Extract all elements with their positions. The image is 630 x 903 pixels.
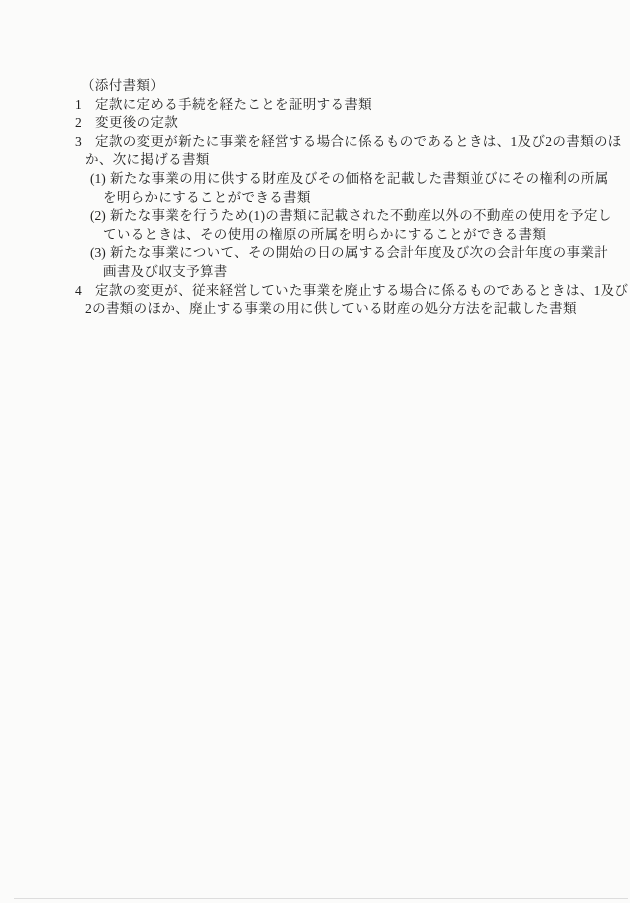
- item-3-text-line-2: か、次に掲げる書類: [0, 151, 630, 170]
- sub-item-3-text-line-2: 画書及び収支予算書: [0, 263, 630, 282]
- sub-item-3: (3) 新たな事業について、その開始の日の属する会計年度及び次の会計年度の事業計: [0, 244, 630, 263]
- sub-item-2-text-line-1: 新たな事業を行うため(1)の書類に記載された不動産以外の不動産の使用を予定し: [110, 208, 612, 223]
- item-3-text-line-1: 定款の変更が新たに事業を経営する場合に係るものであるときは、1及び2の書類のほ: [95, 134, 622, 149]
- sub-item-3-number: (3): [90, 244, 106, 263]
- list-item-1: 1 定款に定める手続を経たことを証明する書類: [0, 96, 630, 115]
- sub-item-1: (1) 新たな事業の用に供する財産及びその価格を記載した書類並びにその権利の所属: [0, 170, 630, 189]
- item-4-number: 4: [75, 282, 82, 301]
- scanned-document-page: （添付書類） 1 定款に定める手続を経たことを証明する書類 2 変更後の定款 3…: [0, 0, 630, 903]
- list-item-4: 4 定款の変更が、従来経営していた事業を廃止する場合に係るものであるときは、1及…: [0, 282, 630, 301]
- item-3-number: 3: [75, 133, 82, 152]
- item-1-number: 1: [75, 96, 82, 115]
- sub-item-1-text-line-1: 新たな事業の用に供する財産及びその価格を記載した書類並びにその権利の所属: [110, 171, 609, 186]
- item-4-text-line-1: 定款の変更が、従来経営していた事業を廃止する場合に係るものであるときは、1及び: [95, 283, 628, 298]
- item-2-text: 変更後の定款: [95, 115, 178, 130]
- item-1-text: 定款に定める手続を経たことを証明する書類: [95, 97, 372, 112]
- sub-item-2: (2) 新たな事業を行うため(1)の書類に記載された不動産以外の不動産の使用を予…: [0, 207, 630, 226]
- sub-item-2-number: (2): [90, 207, 106, 226]
- list-item-2: 2 変更後の定款: [0, 114, 630, 133]
- attachment-documents-section: （添付書類） 1 定款に定める手続を経たことを証明する書類 2 変更後の定款 3…: [0, 77, 630, 319]
- sub-item-1-text-line-2: を明らかにすることができる書類: [0, 189, 630, 208]
- sub-item-3-text-line-1: 新たな事業について、その開始の日の属する会計年度及び次の会計年度の事業計: [110, 245, 608, 260]
- sub-item-2-text-line-2: ているときは、その使用の権原の所属を明らかにすることができる書類: [0, 226, 630, 245]
- list-item-3: 3 定款の変更が新たに事業を経営する場合に係るものであるときは、1及び2の書類の…: [0, 133, 630, 152]
- item-2-number: 2: [75, 114, 82, 133]
- item-4-text-line-2: 2の書類のほか、廃止する事業の用に供している財産の処分方法を記載した書類: [0, 300, 630, 319]
- page-bottom-scan-edge: [14, 898, 628, 899]
- section-heading: （添付書類）: [0, 77, 630, 96]
- sub-item-1-number: (1): [90, 170, 106, 189]
